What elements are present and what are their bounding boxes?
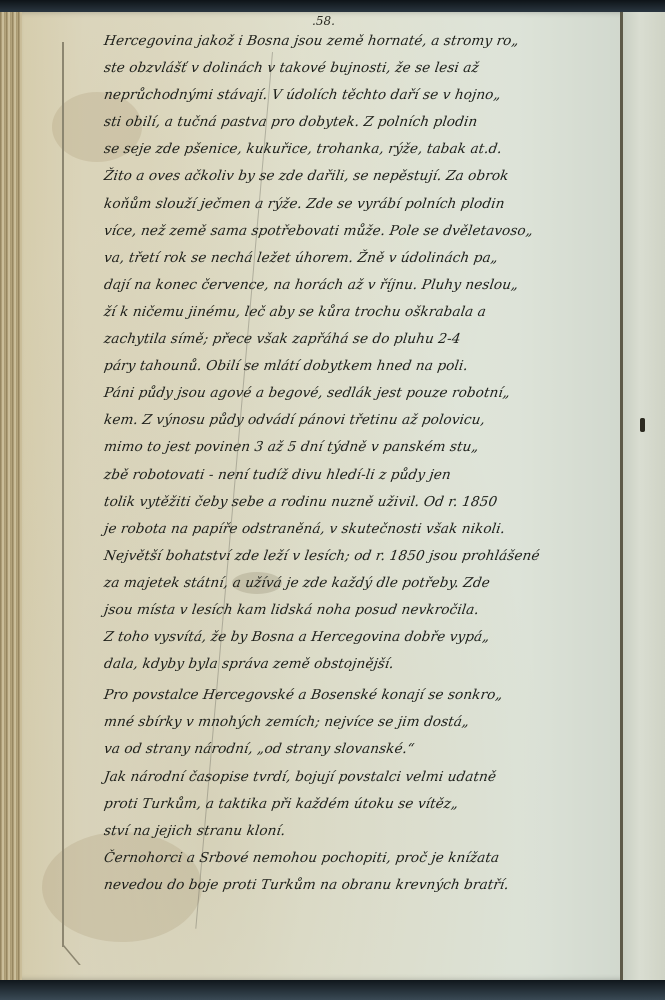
manuscript-scan: .58. Hercegovina jakož i Bosna jsou země… (0, 0, 665, 1000)
text-line: va od strany národní, „od strany slovans… (102, 736, 654, 763)
text-line: mimo to jest povinen 3 až 5 dní týdně v … (102, 434, 654, 461)
text-line: jsou místa v lesích kam lidská noha posu… (102, 597, 654, 624)
text-line: ží k ničemu jinému, leč aby se kůra troc… (102, 299, 654, 326)
text-line: Hercegovina jakož i Bosna jsou země horn… (102, 28, 654, 55)
margin-rule (62, 42, 64, 947)
page-number: .58. (312, 14, 335, 28)
text-line: Jak národní časopise tvrdí, bojují povst… (102, 764, 654, 791)
text-line: dají na konec července, na horách až v ř… (102, 272, 654, 299)
text-line: koňům slouží ječmen a rýže. Zde se vyráb… (102, 191, 654, 218)
text-line: dala, kdyby byla správa země obstojnější… (102, 651, 654, 678)
text-line: Z toho vysvítá, že by Bosna a Hercegovin… (102, 624, 654, 651)
text-line: nevedou do boje proti Turkům na obranu k… (102, 872, 654, 899)
text-line: kem. Z výnosu půdy odvádí pánovi třetinu… (102, 407, 654, 434)
text-line: ství na jejich stranu kloní. (102, 818, 654, 845)
text-line: se seje zde pšenice, kukuřice, trohanka,… (102, 136, 654, 163)
bottom-shadow (0, 980, 665, 1000)
text-line: zbě robotovati - není tudíž divu hledí-l… (102, 462, 654, 489)
text-line: Páni půdy jsou agové a begové, sedlák je… (102, 380, 654, 407)
text-line: Černohorci a Srbové nemohou pochopiti, p… (102, 845, 654, 872)
text-line: sti obilí, a tučná pastva pro dobytek. Z… (102, 109, 654, 136)
text-line: páry tahounů. Obilí se mlátí dobytkem hn… (102, 353, 654, 380)
text-line: va, třetí rok se nechá ležet úhorem. Žně… (102, 245, 654, 272)
text-line: mné sbírky v mnohých zemích; nejvíce se … (102, 709, 654, 736)
text-line: Žito a oves ačkoliv by se zde dařili, se… (102, 163, 654, 190)
text-line: více, než země sama spotřebovati může. P… (102, 218, 654, 245)
text-line: za majetek státní, a užívá je zde každý … (102, 570, 654, 597)
text-line: je robota na papíře odstraněná, v skuteč… (102, 516, 654, 543)
text-line: proti Turkům, a taktika při každém útoku… (102, 791, 654, 818)
top-shadow (0, 0, 665, 12)
text-line: Největší bohatství zde leží v lesích; od… (102, 543, 654, 570)
text-line: Pro povstalce Hercegovské a Bosenské kon… (102, 682, 654, 709)
text-line: zachytila símě; přece však zapřáhá se do… (102, 326, 654, 353)
text-line: neprůchodnými stávají. V údolích těchto … (102, 82, 654, 109)
text-line: tolik vytěžiti čeby sebe a rodinu nuzně … (102, 489, 654, 516)
handwritten-text: Hercegovina jakož i Bosna jsou země horn… (104, 28, 652, 899)
text-line: ste obzvlášť v dolinách v takové bujnost… (102, 55, 654, 82)
